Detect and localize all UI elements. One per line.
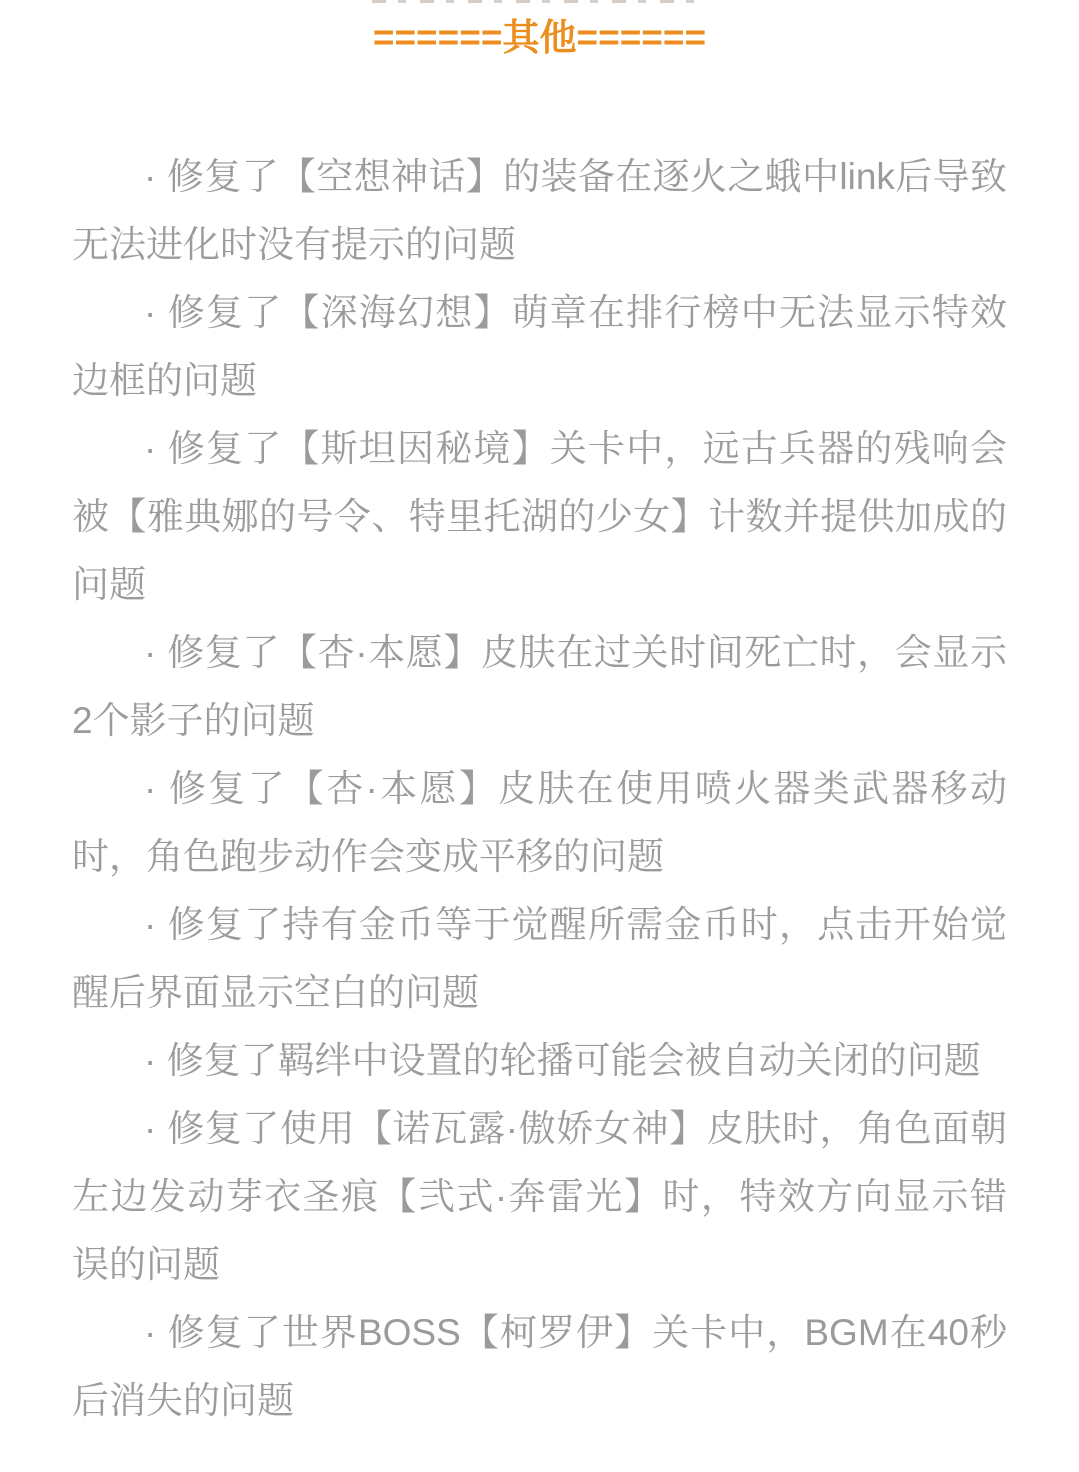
bugfix-item: · 修复了世界BOSS【柯罗伊】关卡中，BGM在40秒后消失的问题 (72, 1299, 1007, 1435)
bugfix-item: · 修复了【深海幻想】萌章在排行榜中无法显示特效边框的问题 (72, 279, 1007, 415)
bugfix-item: · 修复了【空想神话】的装备在逐火之蛾中link后导致无法进化时没有提示的问题 (72, 143, 1007, 279)
bugfix-item: · 修复了【杏·本愿】皮肤在使用喷火器类武器移动时，角色跑步动作会变成平移的问题 (72, 755, 1007, 891)
bugfix-item: · 修复了【杏·本愿】皮肤在过关时间死亡时，会显示2个影子的问题 (72, 619, 1007, 755)
section-title-other: ======其他====== (0, 7, 1079, 61)
bugfix-item: · 修复了羁绊中设置的轮播可能会被自动关闭的问题 (72, 1027, 1007, 1095)
patch-notes-page: ======其他====== · 修复了【空想神话】的装备在逐火之蛾中link后… (0, 0, 1079, 1472)
bugfix-item: · 修复了持有金币等于觉醒所需金币时，点击开始觉醒后界面显示空白的问题 (72, 891, 1007, 1027)
bugfix-item: · 修复了使用【诺瓦露·傲娇女神】皮肤时，角色面朝左边发动芽衣圣痕【弐式·奔雷光… (72, 1095, 1007, 1299)
bugfix-item: · 修复了【斯坦因秘境】关卡中，远古兵器的残响会被【雅典娜的号令、特里托湖的少女… (72, 415, 1007, 619)
clipped-previous-line (372, 0, 708, 3)
bugfix-list: · 修复了【空想神话】的装备在逐火之蛾中link后导致无法进化时没有提示的问题·… (0, 143, 1079, 1435)
